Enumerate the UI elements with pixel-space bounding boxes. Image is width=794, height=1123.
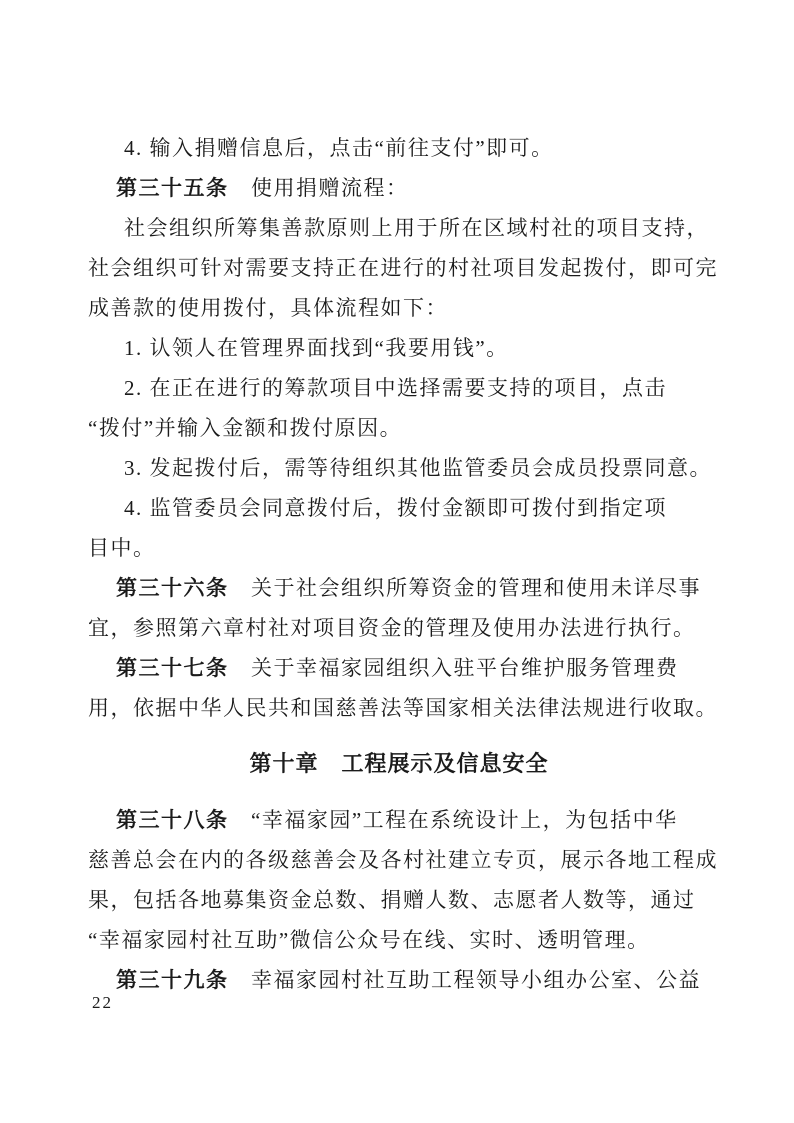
text-line: 成善款的使用拨付，具体流程如下： (88, 288, 710, 328)
page-number: 22 (92, 993, 113, 1013)
article-number: 第三十七条 (116, 657, 229, 680)
text-line: 目中。 (88, 528, 710, 568)
text-line: 用，依据中华人民共和国慈善法等国家相关法律法规进行收取。 (88, 688, 710, 728)
document-body: 4. 输入捐赠信息后，点击“前往支付”即可。第三十五条 使用捐赠流程：社会组织所… (88, 128, 710, 1000)
chapter-heading: 第十章 工程展示及信息安全 (88, 728, 710, 800)
text-line: “拨付”并输入金额和拨付原因。 (88, 408, 710, 448)
article-heading-line: 第三十五条 使用捐赠流程： (88, 168, 710, 208)
text-line: 2. 在正在进行的筹款项目中选择需要支持的项目，点击 (88, 368, 710, 408)
text-line: 4. 输入捐赠信息后，点击“前往支付”即可。 (88, 128, 710, 168)
text-line: “幸福家园村社互助”微信公众号在线、实时、透明管理。 (88, 920, 710, 960)
article-heading-line: 第三十八条 “幸福家园”工程在系统设计上，为包括中华 (88, 800, 710, 840)
article-number: 第三十九条 (116, 969, 229, 992)
text-line: 3. 发起拨付后，需等待组织其他监管委员会成员投票同意。 (88, 448, 710, 488)
text-line: 4. 监管委员会同意拨付后，拨付金额即可拨付到指定项 (88, 488, 710, 528)
text-line: 慈善总会在内的各级慈善会及各村社建立专页，展示各地工程成 (88, 840, 710, 880)
article-number: 第三十五条 (116, 177, 229, 200)
text-line: 社会组织可针对需要支持正在进行的村社项目发起拨付，即可完 (88, 248, 710, 288)
article-heading-line: 第三十七条 关于幸福家园组织入驻平台维护服务管理费 (88, 648, 710, 688)
article-number: 第三十八条 (116, 809, 229, 832)
article-number: 第三十六条 (116, 577, 229, 600)
article-heading-line: 第三十九条 幸福家园村社互助工程领导小组办公室、公益 (88, 960, 710, 1000)
article-heading-line: 第三十六条 关于社会组织所筹资金的管理和使用未详尽事 (88, 568, 710, 608)
text-line: 果，包括各地募集资金总数、捐赠人数、志愿者人数等，通过 (88, 880, 710, 920)
document-page: 4. 输入捐赠信息后，点击“前往支付”即可。第三十五条 使用捐赠流程：社会组织所… (0, 0, 794, 1123)
text-line: 社会组织所筹集善款原则上用于所在区域村社的项目支持， (88, 208, 710, 248)
text-line: 1. 认领人在管理界面找到“我要用钱”。 (88, 328, 710, 368)
text-line: 宜，参照第六章村社对项目资金的管理及使用办法进行执行。 (88, 608, 710, 648)
